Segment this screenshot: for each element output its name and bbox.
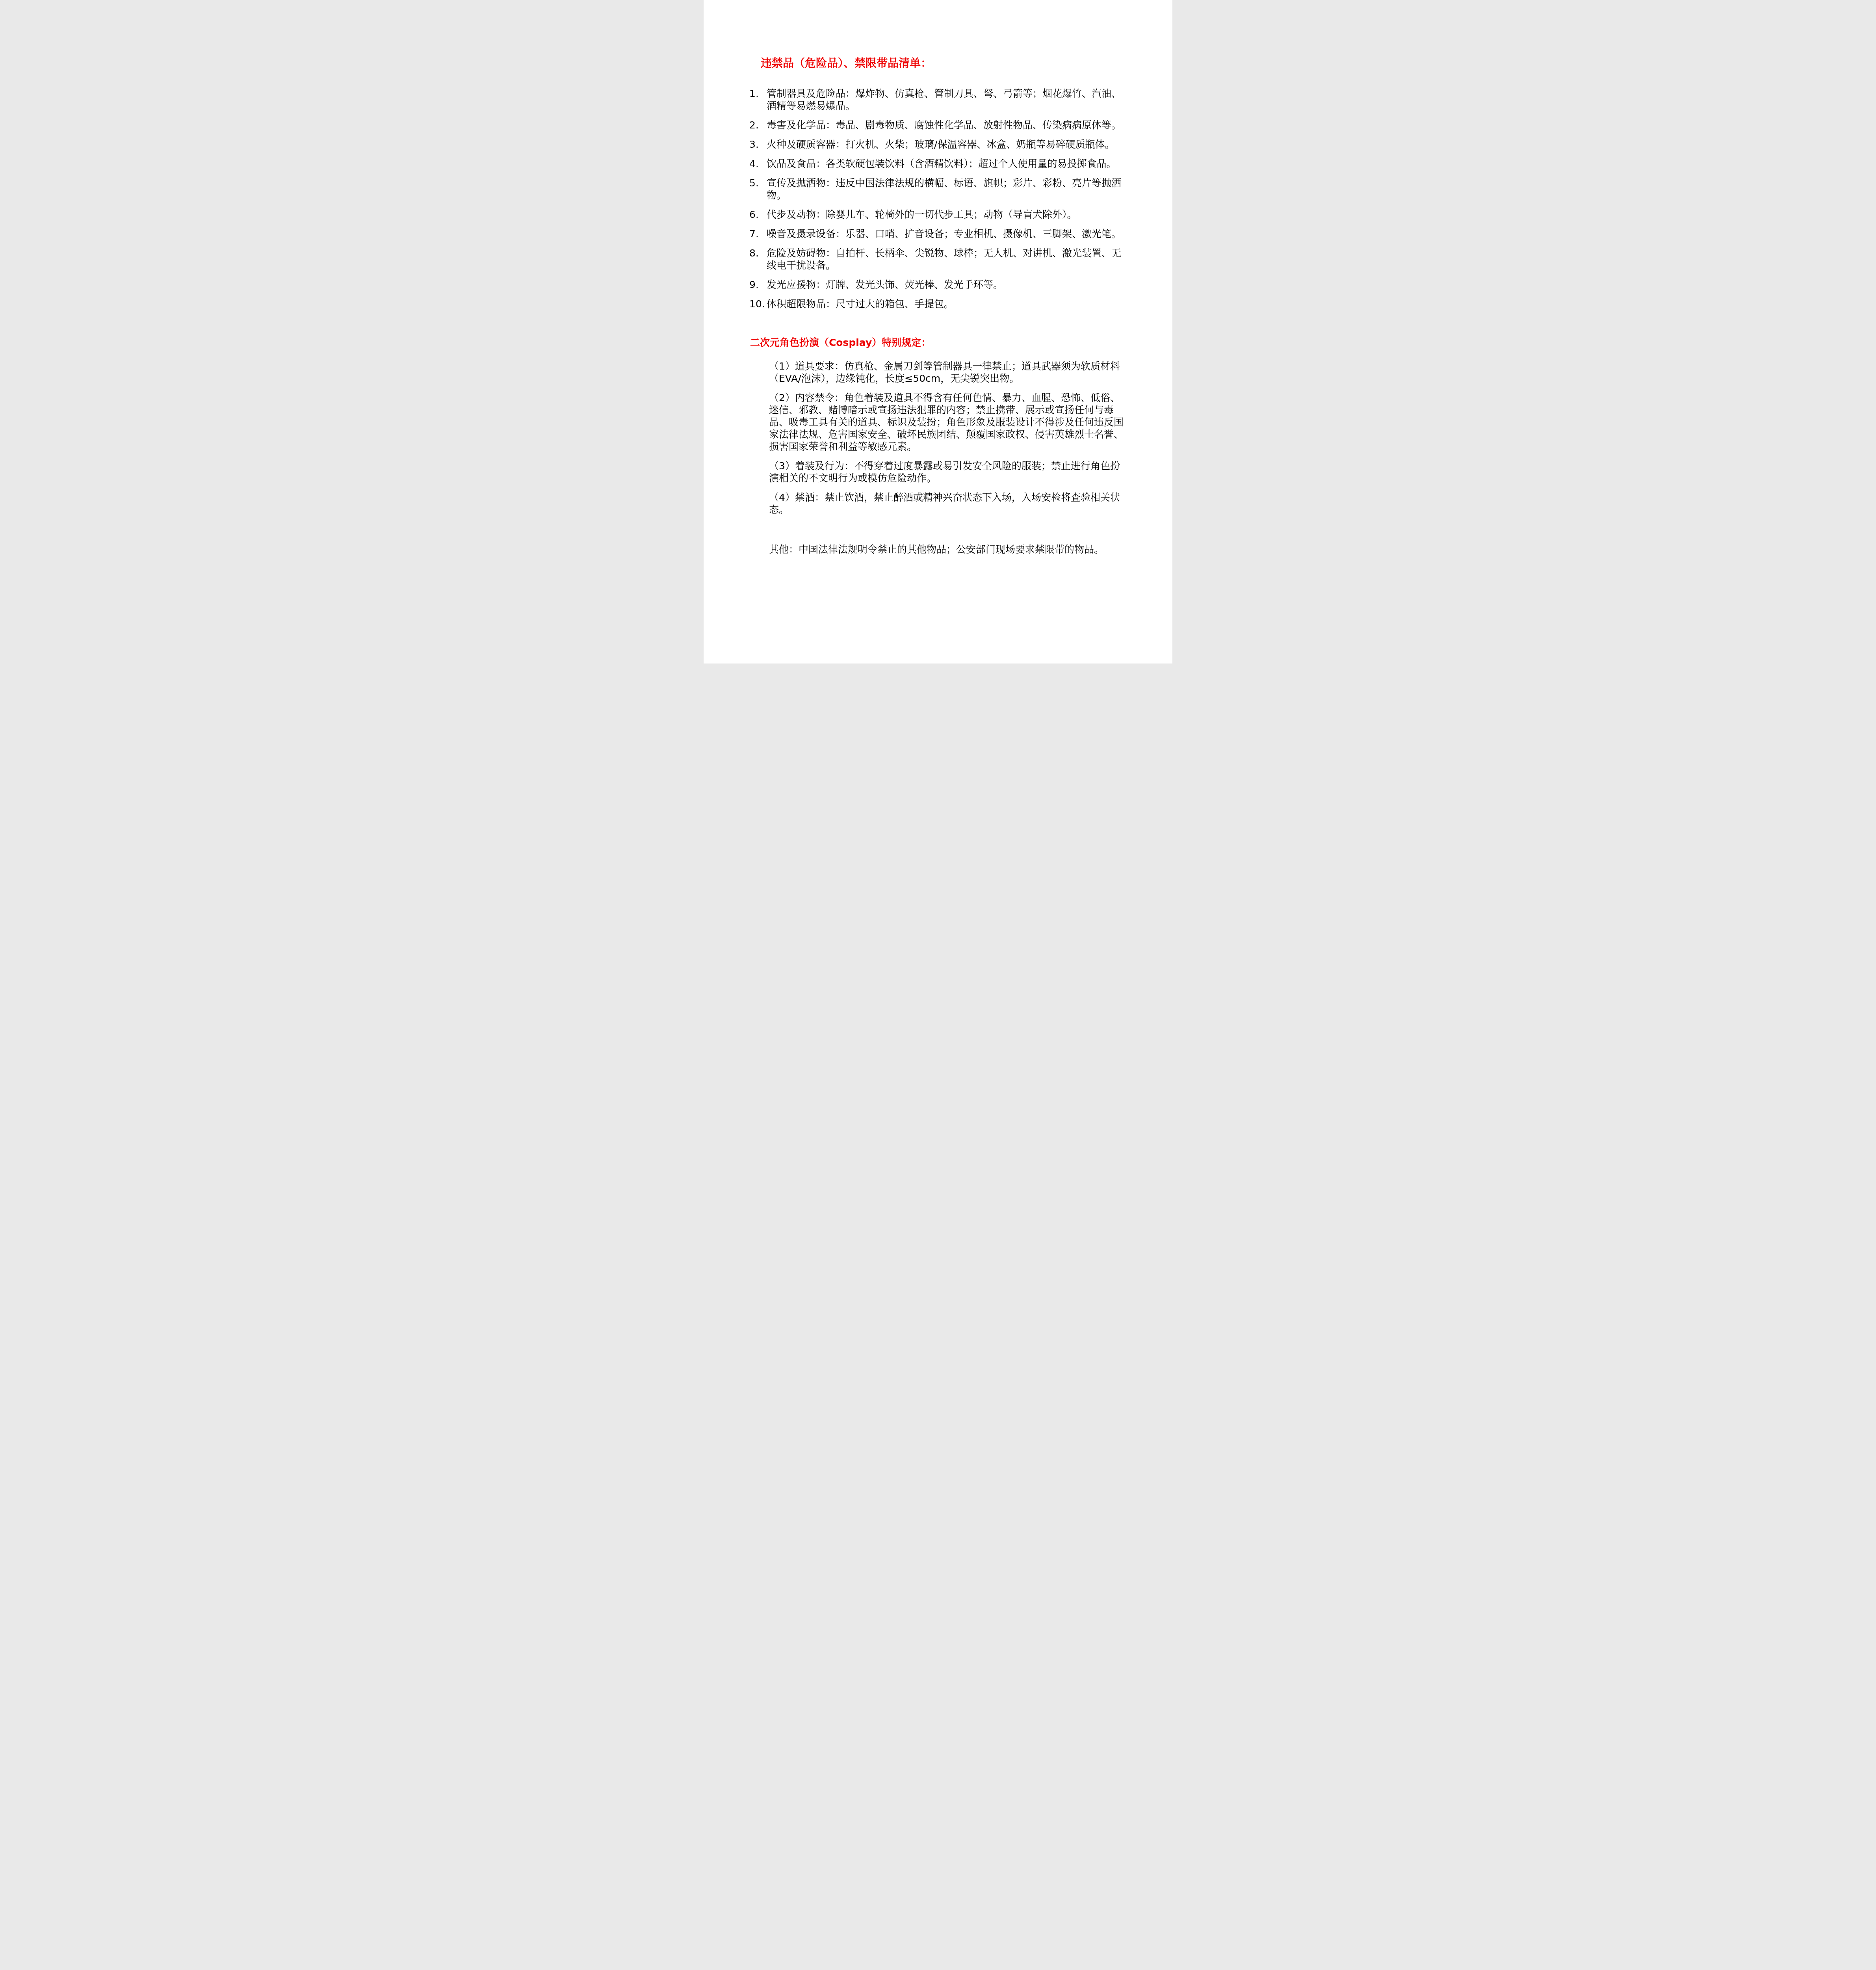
list-item: 10. 体积超限物品：尺寸过大的箱包、手提包。 bbox=[749, 298, 1129, 310]
list-item: 3. 火种及硬质容器：打火机、火柴；玻璃/保温容器、冰盒、奶瓶等易碎硬质瓶体。 bbox=[749, 138, 1129, 151]
cosplay-rule-3: （3）着装及行为：不得穿着过度暴露或易引发安全风险的服装；禁止进行角色扮演相关的… bbox=[769, 460, 1128, 484]
list-item-number: 4. bbox=[749, 158, 767, 170]
list-item-text: 饮品及食品：各类软硬包装饮料（含酒精饮料）；超过个人使用量的易投掷食品。 bbox=[767, 158, 1129, 170]
list-item: 4. 饮品及食品：各类软硬包装饮料（含酒精饮料）；超过个人使用量的易投掷食品。 bbox=[749, 158, 1129, 170]
list-item-number: 3. bbox=[749, 138, 767, 151]
list-item: 2. 毒害及化学品：毒品、剧毒物质、腐蚀性化学品、放射性物品、传染病病原体等。 bbox=[749, 119, 1129, 131]
list-item: 9. 发光应援物：灯牌、发光头饰、荧光棒、发光手环等。 bbox=[749, 279, 1129, 291]
list-item-text: 发光应援物：灯牌、发光头饰、荧光棒、发光手环等。 bbox=[767, 279, 1129, 291]
cosplay-heading: 二次元角色扮演（Cosplay）特别规定： bbox=[750, 336, 1129, 349]
prohibited-list: 1. 管制器具及危险品：爆炸物、仿真枪、管制刀具、弩、弓箭等；烟花爆竹、汽油、酒… bbox=[704, 87, 1172, 310]
list-item-text: 噪音及摄录设备：乐器、口哨、扩音设备；专业相机、摄像机、三脚架、激光笔。 bbox=[767, 228, 1129, 240]
list-item-text: 管制器具及危险品：爆炸物、仿真枪、管制刀具、弩、弓箭等；烟花爆竹、汽油、酒精等易… bbox=[767, 87, 1129, 112]
list-item: 6. 代步及动物：除婴儿车、轮椅外的一切代步工具；动物（导盲犬除外）。 bbox=[749, 208, 1129, 221]
document-title: 违禁品（危险品）、禁限带品清单： bbox=[761, 57, 1129, 70]
cosplay-rule-2: （2）内容禁令：角色着装及道具不得含有任何色情、暴力、血腥、恐怖、低俗、迷信、邪… bbox=[769, 392, 1128, 453]
list-item: 8. 危险及妨碍物：自拍杆、长柄伞、尖锐物、球棒；无人机、对讲机、激光装置、无线… bbox=[749, 247, 1129, 271]
cosplay-rule-1: （1）道具要求：仿真枪、金属刀剑等管制器具一律禁止；道具武器须为软质材料（EVA… bbox=[769, 360, 1128, 385]
list-item: 1. 管制器具及危险品：爆炸物、仿真枪、管制刀具、弩、弓箭等；烟花爆竹、汽油、酒… bbox=[749, 87, 1129, 112]
list-item-number: 2. bbox=[749, 119, 767, 131]
other-note: 其他：中国法律法规明令禁止的其他物品；公安部门现场要求禁限带的物品。 bbox=[769, 543, 1128, 556]
list-item: 7. 噪音及摄录设备：乐器、口哨、扩音设备；专业相机、摄像机、三脚架、激光笔。 bbox=[749, 228, 1129, 240]
list-item-text: 毒害及化学品：毒品、剧毒物质、腐蚀性化学品、放射性物品、传染病病原体等。 bbox=[767, 119, 1129, 131]
list-item: 5. 宣传及抛洒物：违反中国法律法规的横幅、标语、旗帜；彩片、彩粉、亮片等抛洒物… bbox=[749, 177, 1129, 201]
cosplay-rule-4: （4）禁酒：禁止饮酒，禁止醉酒或精神兴奋状态下入场，入场安检将查验相关状态。 bbox=[769, 491, 1128, 516]
list-item-number: 10. bbox=[749, 298, 767, 310]
list-item-text: 火种及硬质容器：打火机、火柴；玻璃/保温容器、冰盒、奶瓶等易碎硬质瓶体。 bbox=[767, 138, 1129, 151]
list-item-number: 8. bbox=[749, 247, 767, 271]
list-item-number: 9. bbox=[749, 279, 767, 291]
list-item-number: 7. bbox=[749, 228, 767, 240]
list-item-text: 危险及妨碍物：自拍杆、长柄伞、尖锐物、球棒；无人机、对讲机、激光装置、无线电干扰… bbox=[767, 247, 1129, 271]
page: 违禁品（危险品）、禁限带品清单： 1. 管制器具及危险品：爆炸物、仿真枪、管制刀… bbox=[704, 0, 1172, 663]
list-item-text: 体积超限物品：尺寸过大的箱包、手提包。 bbox=[767, 298, 1129, 310]
list-item-number: 1. bbox=[749, 87, 767, 112]
list-item-text: 宣传及抛洒物：违反中国法律法规的横幅、标语、旗帜；彩片、彩粉、亮片等抛洒物。 bbox=[767, 177, 1129, 201]
list-item-number: 5. bbox=[749, 177, 767, 201]
list-item-text: 代步及动物：除婴儿车、轮椅外的一切代步工具；动物（导盲犬除外）。 bbox=[767, 208, 1129, 221]
list-item-number: 6. bbox=[749, 208, 767, 221]
